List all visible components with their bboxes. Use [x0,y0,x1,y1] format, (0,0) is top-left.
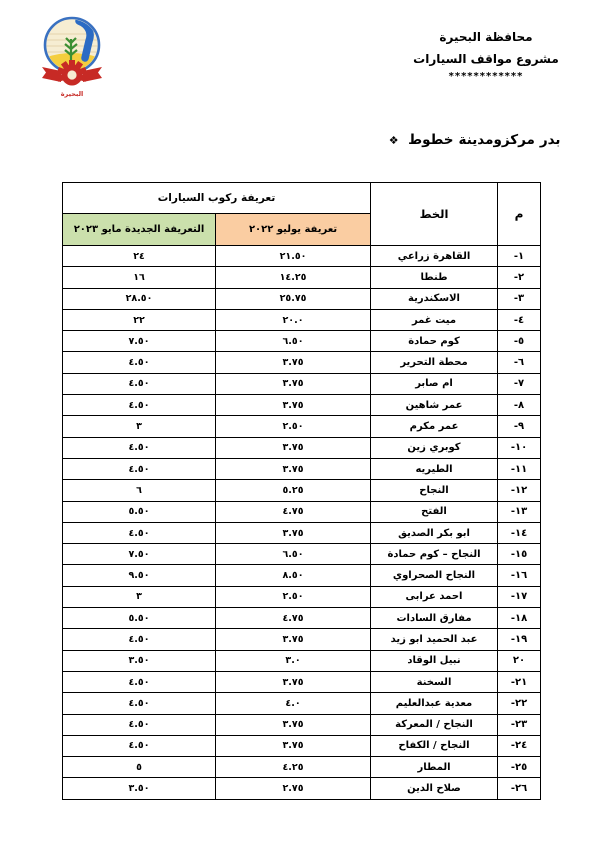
fare-new-cell: ٧.٥٠ [63,331,216,352]
fare-new-cell: ٤.٥٠ [63,395,216,416]
fare-july-cell: ٣.٧٥ [216,735,371,756]
table-row: -١٤ابو بكر الصديق٣.٧٥٤.٥٠ [63,522,541,543]
table-row: -١١الطيريه٣.٧٥٤.٥٠ [63,458,541,479]
line-name-cell: طنطا [371,267,498,288]
table-row: ٢٠نبيل الوقاد٣.٠٣.٥٠ [63,650,541,671]
fare-july-cell: ٣.٧٥ [216,458,371,479]
fare-july-cell: ٢١.٥٠ [216,246,371,267]
fare-new-cell: ٦ [63,480,216,501]
fare-july-cell: ٤.٢٥ [216,757,371,778]
table-row: -١٦النجاح الصحراوي٨.٥٠٩.٥٠ [63,565,541,586]
fare-new-cell: ٤.٥٠ [63,437,216,458]
fare-new-cell: ٩.٥٠ [63,565,216,586]
line-name-cell: عبد الحميد ابو زيد [371,629,498,650]
project-name: مشروع مواقف السيارات [401,48,571,70]
fares-table: م الخط تعريفة ركوب السيارات تعريفة يوليو… [62,182,541,800]
diamond-bullet-icon: ❖ [389,134,399,147]
fare-new-cell: ١٦ [63,267,216,288]
line-name-cell: المطار [371,757,498,778]
letterhead: محافظة البحيرة مشروع مواقف السيارات ****… [401,26,571,84]
fare-july-cell: ٦.٥٠ [216,331,371,352]
line-name-cell: النجاح الصحراوي [371,565,498,586]
table-row: -٤ميت غمر٢٠.٠٢٢ [63,309,541,330]
line-name-cell: ام صابر [371,373,498,394]
line-name-cell: ابو بكر الصديق [371,522,498,543]
fare-new-cell: ٥.٥٠ [63,608,216,629]
fare-july-cell: ١٤.٢٥ [216,267,371,288]
fare-july-cell: ٣.٧٥ [216,437,371,458]
fare-new-cell: ٣.٥٠ [63,650,216,671]
row-number-cell: -١٠ [498,437,541,458]
table-row: -٢١السخنة٣.٧٥٤.٥٠ [63,671,541,692]
line-name-cell: الفتح [371,501,498,522]
fare-new-cell: ٢٢ [63,309,216,330]
table-row: -٢٢معدية عبدالعليم٤.٠٤.٥٠ [63,693,541,714]
table-row: -٢٣النجاح / المعركة٣.٧٥٤.٥٠ [63,714,541,735]
table-row: -٧ام صابر٣.٧٥٤.٥٠ [63,373,541,394]
fare-july-cell: ٤.٧٥ [216,501,371,522]
fare-new-cell: ٥.٥٠ [63,501,216,522]
line-name-cell: عمر مكرم [371,416,498,437]
fare-new-cell: ٣ [63,586,216,607]
line-name-cell: النجاح – كوم حمادة [371,544,498,565]
line-name-cell: القاهرة زراعي [371,246,498,267]
line-name-cell: ميت غمر [371,309,498,330]
table-row: -١٩عبد الحميد ابو زيد٣.٧٥٤.٥٠ [63,629,541,650]
column-header-line: الخط [371,183,498,246]
row-number-cell: -٧ [498,373,541,394]
row-number-cell: -٣ [498,288,541,309]
fare-new-cell: ٤.٥٠ [63,352,216,373]
column-header-fare-new-may-2023: التعريفة الجديدة مايو ٢٠٢٣ [63,214,216,246]
row-number-cell: -١٦ [498,565,541,586]
line-name-cell: نبيل الوقاد [371,650,498,671]
fare-july-cell: ٢.٥٠ [216,586,371,607]
table-row: -١٣الفتح٤.٧٥٥.٥٠ [63,501,541,522]
fare-new-cell: ٣.٥٠ [63,778,216,799]
fare-new-cell: ٤.٥٠ [63,373,216,394]
svg-text:البحيرة: البحيرة [61,90,84,98]
row-number-cell: -١٢ [498,480,541,501]
fare-july-cell: ٣.٧٥ [216,352,371,373]
fare-july-cell: ٣.٠ [216,650,371,671]
fare-new-cell: ٤.٥٠ [63,671,216,692]
column-header-number: م [498,183,541,246]
fare-july-cell: ٣.٧٥ [216,629,371,650]
table-row: -٢طنطا١٤.٢٥١٦ [63,267,541,288]
line-name-cell: الاسكندرية [371,288,498,309]
table-row: -٢٤النجاح / الكفاح٣.٧٥٤.٥٠ [63,735,541,756]
row-number-cell: -٤ [498,309,541,330]
table-row: -٢٥المطار٤.٢٥٥ [63,757,541,778]
row-number-cell: -٨ [498,395,541,416]
fare-new-cell: ٤.٥٠ [63,735,216,756]
row-number-cell: -٩ [498,416,541,437]
fare-july-cell: ٤.٧٥ [216,608,371,629]
fare-july-cell: ٣.٧٥ [216,522,371,543]
row-number-cell: -١٤ [498,522,541,543]
fare-new-cell: ٤.٥٠ [63,629,216,650]
table-row: -٢٦صلاح الدين٢.٧٥٣.٥٠ [63,778,541,799]
fare-july-cell: ٣.٧٥ [216,671,371,692]
line-name-cell: كوم حمادة [371,331,498,352]
table-row: -٥كوم حمادة٦.٥٠٧.٥٠ [63,331,541,352]
row-number-cell: -٢٥ [498,757,541,778]
fare-july-cell: ٣.٧٥ [216,373,371,394]
row-number-cell: -٦ [498,352,541,373]
line-name-cell: السخنة [371,671,498,692]
row-number-cell: -٢٣ [498,714,541,735]
table-row: -٩عمر مكرم٢.٥٠٣ [63,416,541,437]
fare-july-cell: ٢٥.٧٥ [216,288,371,309]
line-name-cell: النجاح / المعركة [371,714,498,735]
line-name-cell: احمد عرابى [371,586,498,607]
table-row: -١القاهرة زراعي٢١.٥٠٢٤ [63,246,541,267]
row-number-cell: -٢ [498,267,541,288]
stars-divider: ************ [401,70,571,84]
row-number-cell: -١٥ [498,544,541,565]
fare-july-cell: ٤.٠ [216,693,371,714]
line-name-cell: معدية عبدالعليم [371,693,498,714]
fare-new-cell: ٢٨.٥٠ [63,288,216,309]
table-row: -١٧احمد عرابى٢.٥٠٣ [63,586,541,607]
row-number-cell: -٥ [498,331,541,352]
line-name-cell: محطة التحرير [371,352,498,373]
line-name-cell: عمر شاهين [371,395,498,416]
column-header-fare-july-2022: تعريفة يوليو ٢٠٢٢ [216,214,371,246]
fare-new-cell: ٥ [63,757,216,778]
line-name-cell: مفارق السادات [371,608,498,629]
table-row: -٣الاسكندرية٢٥.٧٥٢٨.٥٠ [63,288,541,309]
fare-july-cell: ٦.٥٠ [216,544,371,565]
table-row: -١٥النجاح – كوم حمادة٦.٥٠٧.٥٠ [63,544,541,565]
row-number-cell: -١٣ [498,501,541,522]
row-number-cell: -١٩ [498,629,541,650]
table-row: -١٠كوبري زين٣.٧٥٤.٥٠ [63,437,541,458]
row-number-cell: -٢٦ [498,778,541,799]
document-page: البحيرة محافظة البحيرة مشروع مواقف السيا… [0,0,595,841]
fare-new-cell: ٢٤ [63,246,216,267]
row-number-cell: -٢٤ [498,735,541,756]
fare-new-cell: ٤.٥٠ [63,693,216,714]
row-number-cell: -١ [498,246,541,267]
fare-july-cell: ٣.٧٥ [216,395,371,416]
row-number-cell: -١٧ [498,586,541,607]
fare-new-cell: ٤.٥٠ [63,714,216,735]
fare-new-cell: ٧.٥٠ [63,544,216,565]
fare-july-cell: ٢.٧٥ [216,778,371,799]
line-name-cell: صلاح الدين [371,778,498,799]
fare-new-cell: ٤.٥٠ [63,458,216,479]
fare-july-cell: ٣.٧٥ [216,714,371,735]
column-header-fare-group: تعريفة ركوب السيارات [63,183,371,214]
table-row: -١٢النجاح٥.٢٥٦ [63,480,541,501]
row-number-cell: -١١ [498,458,541,479]
line-name-cell: كوبري زين [371,437,498,458]
line-name-cell: النجاح [371,480,498,501]
fare-july-cell: ٢٠.٠ [216,309,371,330]
row-number-cell: -٢١ [498,671,541,692]
table-row: -٦محطة التحرير٣.٧٥٤.٥٠ [63,352,541,373]
line-name-cell: الطيريه [371,458,498,479]
org-name: محافظة البحيرة [401,26,571,48]
section-title: ❖ خطوطمركزومدينةبدر [389,132,563,148]
row-number-cell: -٢٢ [498,693,541,714]
fare-july-cell: ٢.٥٠ [216,416,371,437]
row-number-cell: ٢٠ [498,650,541,671]
table-header-row: م الخط تعريفة ركوب السيارات [63,183,541,214]
table-row: -١٨مفارق السادات٤.٧٥٥.٥٠ [63,608,541,629]
line-name-cell: النجاح / الكفاح [371,735,498,756]
fare-new-cell: ٣ [63,416,216,437]
fare-july-cell: ٨.٥٠ [216,565,371,586]
fare-new-cell: ٤.٥٠ [63,522,216,543]
fare-july-cell: ٥.٢٥ [216,480,371,501]
table-row: -٨عمر شاهين٣.٧٥٤.٥٠ [63,395,541,416]
governorate-logo: البحيرة [36,12,108,104]
row-number-cell: -١٨ [498,608,541,629]
section-title-text: خطوطمركزومدينةبدر [406,132,563,148]
